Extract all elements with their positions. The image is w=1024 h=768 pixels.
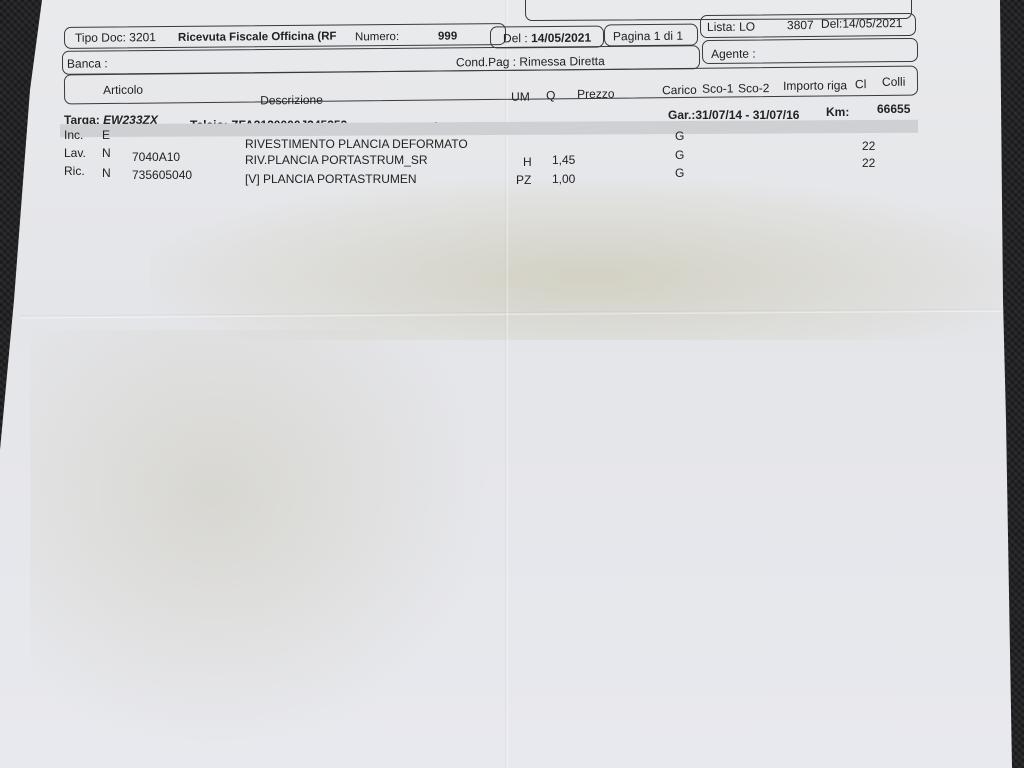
row-flag: E: [102, 128, 110, 142]
row-cl: 22: [862, 139, 875, 153]
col-prezzo: Prezzo: [577, 87, 615, 101]
tipo-doc-label: Tipo Doc:: [75, 30, 126, 44]
paper-stain: [30, 330, 490, 750]
row-description: RIVESTIMENTO PLANCIA DEFORMATO: [245, 137, 468, 151]
row-highlight: [60, 120, 918, 137]
col-articolo: Articolo: [103, 83, 143, 97]
km-label: Km:: [826, 105, 849, 119]
banca-label: Banca :: [67, 56, 108, 70]
doc-type-box: Tipo Doc: 3201 Ricevuta Fiscale Officina…: [64, 23, 506, 49]
lista-box: Lista: LO 3807 Del:14/05/2021: [700, 13, 916, 38]
row-um: H: [523, 155, 532, 169]
receipt-paper: Tipo Doc: 3201 Ricevuta Fiscale Officina…: [0, 0, 1024, 768]
row-description: RIV.PLANCIA PORTASTRUM_SR: [245, 153, 428, 167]
tipo-doc-value: 3201: [129, 30, 156, 44]
col-sco2: Sco-2: [738, 81, 770, 95]
row-type: Inc.: [64, 128, 83, 142]
row-flag: N: [102, 166, 111, 180]
pagina-text: Pagina 1 di 1: [613, 29, 683, 44]
del-label: Del :: [503, 31, 528, 45]
lista-value: LO: [739, 20, 755, 34]
row-um: PZ: [516, 173, 531, 187]
pagina-box: Pagina 1 di 1: [604, 24, 698, 47]
km-value: 66655: [877, 102, 910, 116]
numero-label: Numero:: [355, 31, 399, 43]
cond-pag: Cond.Pag : Rimessa Diretta: [456, 54, 605, 69]
lista-number: 3807: [787, 18, 814, 32]
row-cl: 22: [862, 156, 875, 170]
row-quantity: 1,00: [552, 172, 575, 186]
col-descrizione: Descrizione: [260, 93, 323, 108]
col-q: Q: [546, 88, 555, 102]
paper-fold: [505, 0, 508, 768]
agente-label: Agente :: [711, 47, 756, 61]
row-type: Ric.: [64, 164, 85, 178]
row-code: 735605040: [132, 168, 192, 182]
row-quantity: 1,45: [552, 153, 575, 167]
row-code: 7040A10: [132, 150, 180, 164]
col-importo-riga: Importo riga: [783, 78, 847, 93]
agente-box: Agente :: [702, 38, 918, 64]
row-carico: G: [675, 129, 684, 143]
row-carico: G: [675, 166, 684, 180]
col-colli: Colli: [882, 75, 905, 89]
col-um: UM: [511, 90, 530, 104]
doc-type-title: Ricevuta Fiscale Officina (RF: [178, 31, 337, 44]
col-cl: Cl: [855, 77, 866, 91]
row-flag: N: [102, 146, 111, 160]
numero-value: 999: [438, 30, 457, 42]
del-value: 14/05/2021: [531, 31, 591, 46]
col-sco1: Sco-1: [702, 81, 734, 95]
del-date-box: Del : 14/05/2021: [490, 26, 604, 49]
lista-label: Lista:: [707, 20, 736, 34]
lista-date: Del:14/05/2021: [821, 16, 903, 31]
row-type: Lav.: [64, 146, 86, 160]
row-description: [V] PLANCIA PORTASTRUMEN: [245, 172, 417, 186]
col-carico: Carico: [662, 83, 697, 97]
row-carico: G: [675, 148, 684, 162]
